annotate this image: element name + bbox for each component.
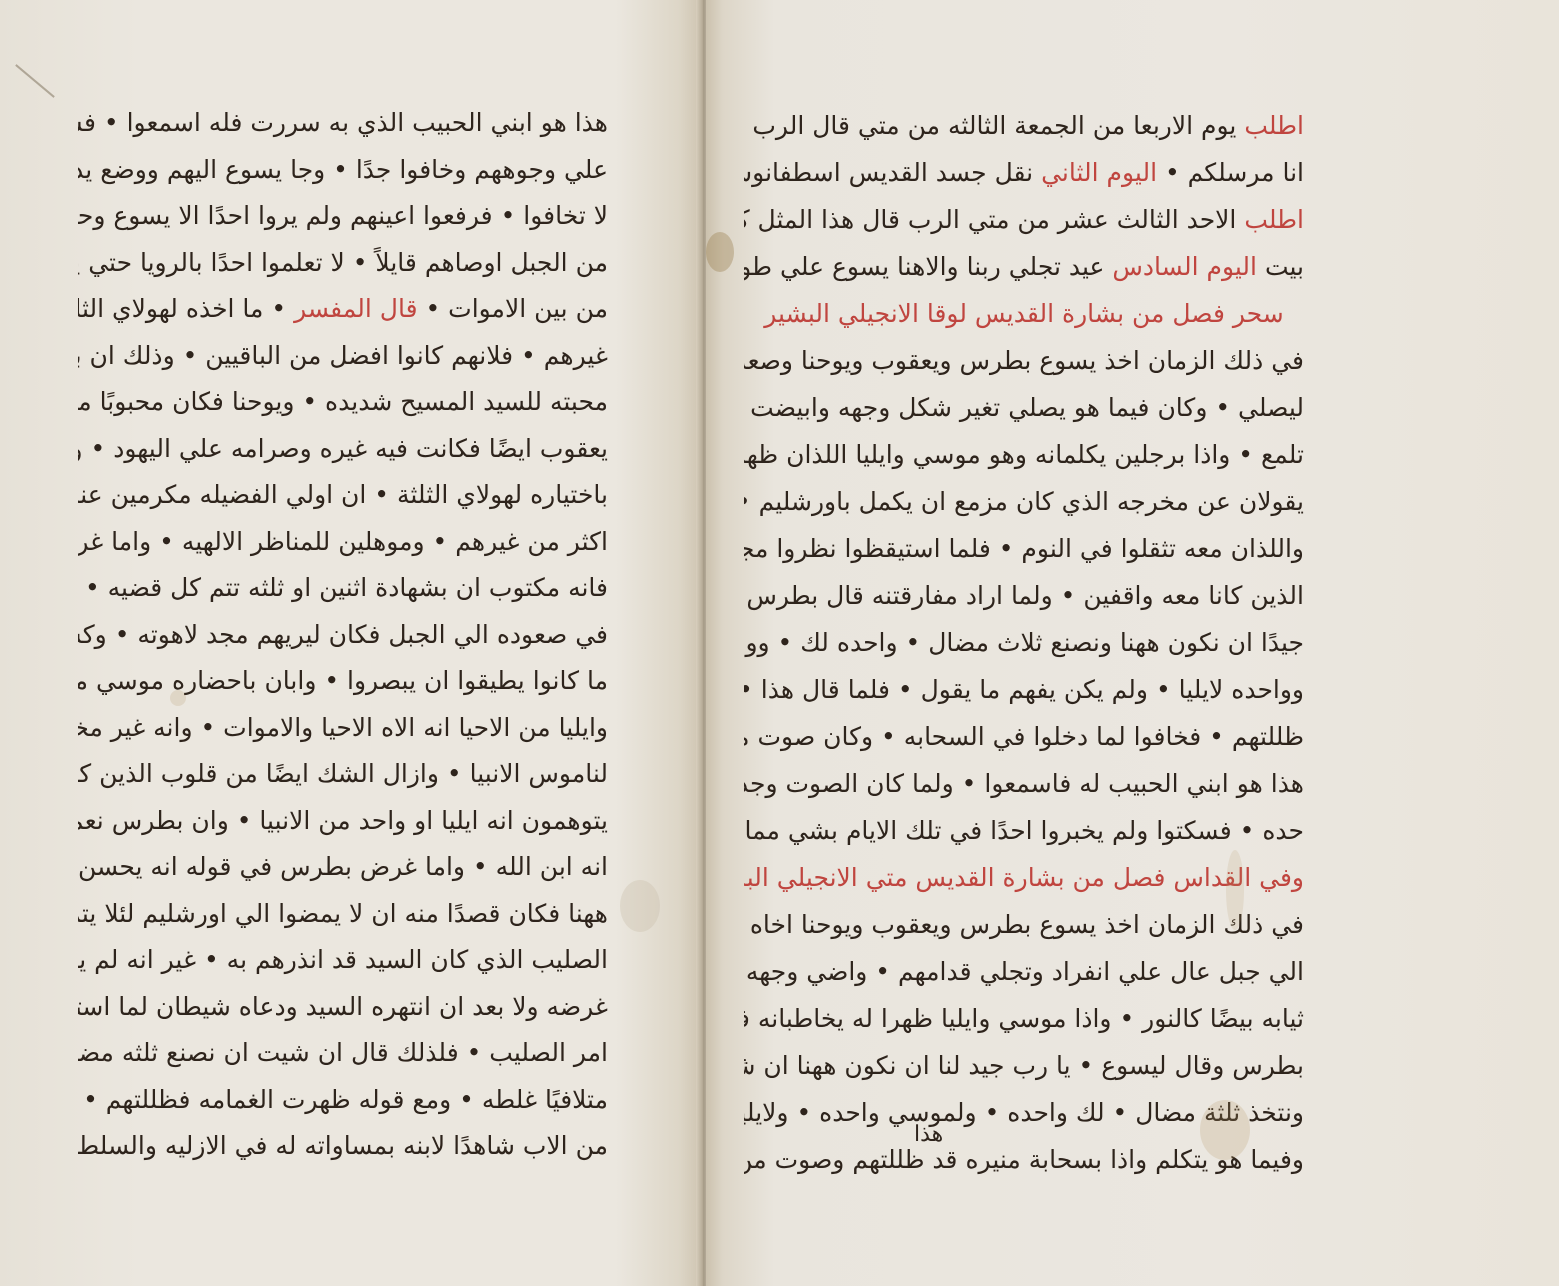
manuscript-line: ما كانوا يطيقوا ان يبصروا • وابان باحضار… bbox=[78, 658, 608, 705]
manuscript-line: اكثر من غيرهم • وموهلين للمناظر الالهيه … bbox=[78, 519, 608, 566]
manuscript-line: جيدًا ان نكون ههنا ونصنع ثلاث مضال • واح… bbox=[744, 619, 1304, 666]
manuscript-line: وايليا من الاحيا انه الاه الاحيا والاموا… bbox=[78, 705, 608, 752]
manuscript-line: انه ابن الله • واما غرض بطرس في قوله انه… bbox=[78, 844, 608, 891]
rubric-text: قال المفسر bbox=[294, 294, 417, 323]
manuscript-line: واللذان معه تثقلوا في النوم • فلما استيق… bbox=[744, 525, 1304, 572]
manuscript-line: بطرس وقال ليسوع • يا رب جيد لنا ان نكون … bbox=[744, 1042, 1304, 1089]
catchword: هذا bbox=[914, 1122, 943, 1147]
manuscript-line: ظللتهم • فخافوا لما دخلوا في السحابه • و… bbox=[744, 713, 1304, 760]
manuscript-line: وواحده لايليا • ولم يكن يفهم ما يقول • ف… bbox=[744, 666, 1304, 713]
water-stain bbox=[1200, 1100, 1250, 1160]
manuscript-line: في صعوده الي الجبل فكان ليريهم مجد لاهوت… bbox=[78, 612, 608, 659]
water-stain bbox=[1226, 850, 1244, 930]
manuscript-line: ههنا فكان قصدًا منه ان لا يمضوا الي اورش… bbox=[78, 891, 608, 938]
manuscript-line: ليصلي • وكان فيما هو يصلي تغير شكل وجهه … bbox=[744, 384, 1304, 431]
manuscript-line: اطلب يوم الاربعا من الجمعة الثالثه من مت… bbox=[744, 102, 1304, 149]
manuscript-line: لا تخافوا • فرفعوا اعينهم ولم يروا احدًا… bbox=[78, 193, 608, 240]
page-crease bbox=[15, 64, 55, 98]
rubric-text: اليوم الثاني bbox=[1041, 158, 1157, 187]
manuscript-line: الصليب الذي كان السيد قد انذرهم به • غير… bbox=[78, 937, 608, 984]
manuscript-spread: هذا هو ابني الحبيب الذي به سررت فله اسمع… bbox=[0, 0, 1559, 1286]
manuscript-line: اطلب الاحد الثالث عشر من متي الرب قال هذ… bbox=[744, 196, 1304, 243]
paper-stain bbox=[620, 880, 660, 932]
manuscript-line: انا مرسلكم • اليوم الثاني نقل جسد القديس… bbox=[744, 149, 1304, 196]
manuscript-line: من الجبل اوصاهم قايلاً • لا تعلموا احدًا… bbox=[78, 240, 608, 287]
right-page: اطلب يوم الاربعا من الجمعة الثالثه من مت… bbox=[706, 0, 1559, 1286]
left-page-text: هذا هو ابني الحبيب الذي به سررت فله اسمع… bbox=[78, 100, 608, 1170]
manuscript-line: من الاب شاهدًا لابنه بمساواته له في الاز… bbox=[78, 1123, 608, 1170]
manuscript-line: هذا هو ابني الحبيب الذي به سررت فله اسمع… bbox=[78, 100, 608, 147]
manuscript-line: بيت اليوم السادس عيد تجلي ربنا والاهنا ي… bbox=[744, 243, 1304, 290]
rubric-heading: وفي القداس فصل من بشارة القديس متي الانج… bbox=[744, 854, 1304, 901]
manuscript-line: لناموس الانبيا • وازال الشك ايضًا من قلو… bbox=[78, 751, 608, 798]
ink-stain bbox=[170, 690, 186, 706]
left-page: هذا هو ابني الحبيب الذي به سررت فله اسمع… bbox=[0, 0, 700, 1286]
manuscript-line: الي جبل عال علي انفراد وتجلي قدامهم • وا… bbox=[744, 948, 1304, 995]
manuscript-line: هذا هو ابني الحبيب له فاسمعوا • ولما كان… bbox=[744, 760, 1304, 807]
manuscript-line: فانه مكتوب ان بشهادة اثنين او ثلثه تتم ك… bbox=[78, 565, 608, 612]
manuscript-line: متلافيًا غلطه • ومع قوله ظهرت الغمامه فظ… bbox=[78, 1077, 608, 1124]
manuscript-line: تلمع • واذا برجلين يكلمانه وهو موسي وايل… bbox=[744, 431, 1304, 478]
right-page-text: اطلب يوم الاربعا من الجمعة الثالثه من مت… bbox=[744, 102, 1304, 1183]
manuscript-line: علي وجوههم وخافوا جدًا • وجا يسوع اليهم … bbox=[78, 147, 608, 194]
manuscript-line: يتوهمون انه ايليا او واحد من الانبيا • و… bbox=[78, 798, 608, 845]
manuscript-line: غيرهم • فلانهم كانوا افضل من الباقيين • … bbox=[78, 333, 608, 380]
manuscript-line: من بين الاموات • قال المفسر • ما اخذه له… bbox=[78, 286, 608, 333]
rubric-heading: سحر فصل من بشارة القديس لوقا الانجيلي ال… bbox=[744, 290, 1304, 337]
manuscript-line: في ذلك الزمان اخذ يسوع بطرس ويعقوب ويوحن… bbox=[744, 337, 1304, 384]
manuscript-line: محبته للسيد المسيح شديده • ويوحنا فكان م… bbox=[78, 379, 608, 426]
rubric-text: اليوم السادس bbox=[1112, 252, 1257, 281]
manuscript-line: الذين كانا معه واقفين • ولما اراد مفارقت… bbox=[744, 572, 1304, 619]
manuscript-line: غرضه ولا بعد ان انتهره السيد ودعاه شيطان… bbox=[78, 984, 608, 1031]
ink-stain bbox=[706, 232, 734, 272]
manuscript-line: باختياره لهولاي الثلثة • ان اولي الفضيله… bbox=[78, 472, 608, 519]
manuscript-line: ثيابه بيضًا كالنور • واذا موسي وايليا ظه… bbox=[744, 995, 1304, 1042]
manuscript-line: حده • فسكتوا ولم يخبروا احدًا في تلك الا… bbox=[744, 807, 1304, 854]
manuscript-line: يعقوب ايضًا فكانت فيه غيره وصرامه علي ال… bbox=[78, 426, 608, 473]
manuscript-line: يقولان عن مخرجه الذي كان مزمع ان يكمل با… bbox=[744, 478, 1304, 525]
manuscript-line: امر الصليب • فلذلك قال ان شيت ان نصنع ثل… bbox=[78, 1030, 608, 1077]
rubric-text: اطلب bbox=[1244, 205, 1304, 234]
rubric-text: اطلب bbox=[1244, 111, 1304, 140]
manuscript-line: في ذلك الزمان اخذ يسوع بطرس ويعقوب ويوحن… bbox=[744, 901, 1304, 948]
